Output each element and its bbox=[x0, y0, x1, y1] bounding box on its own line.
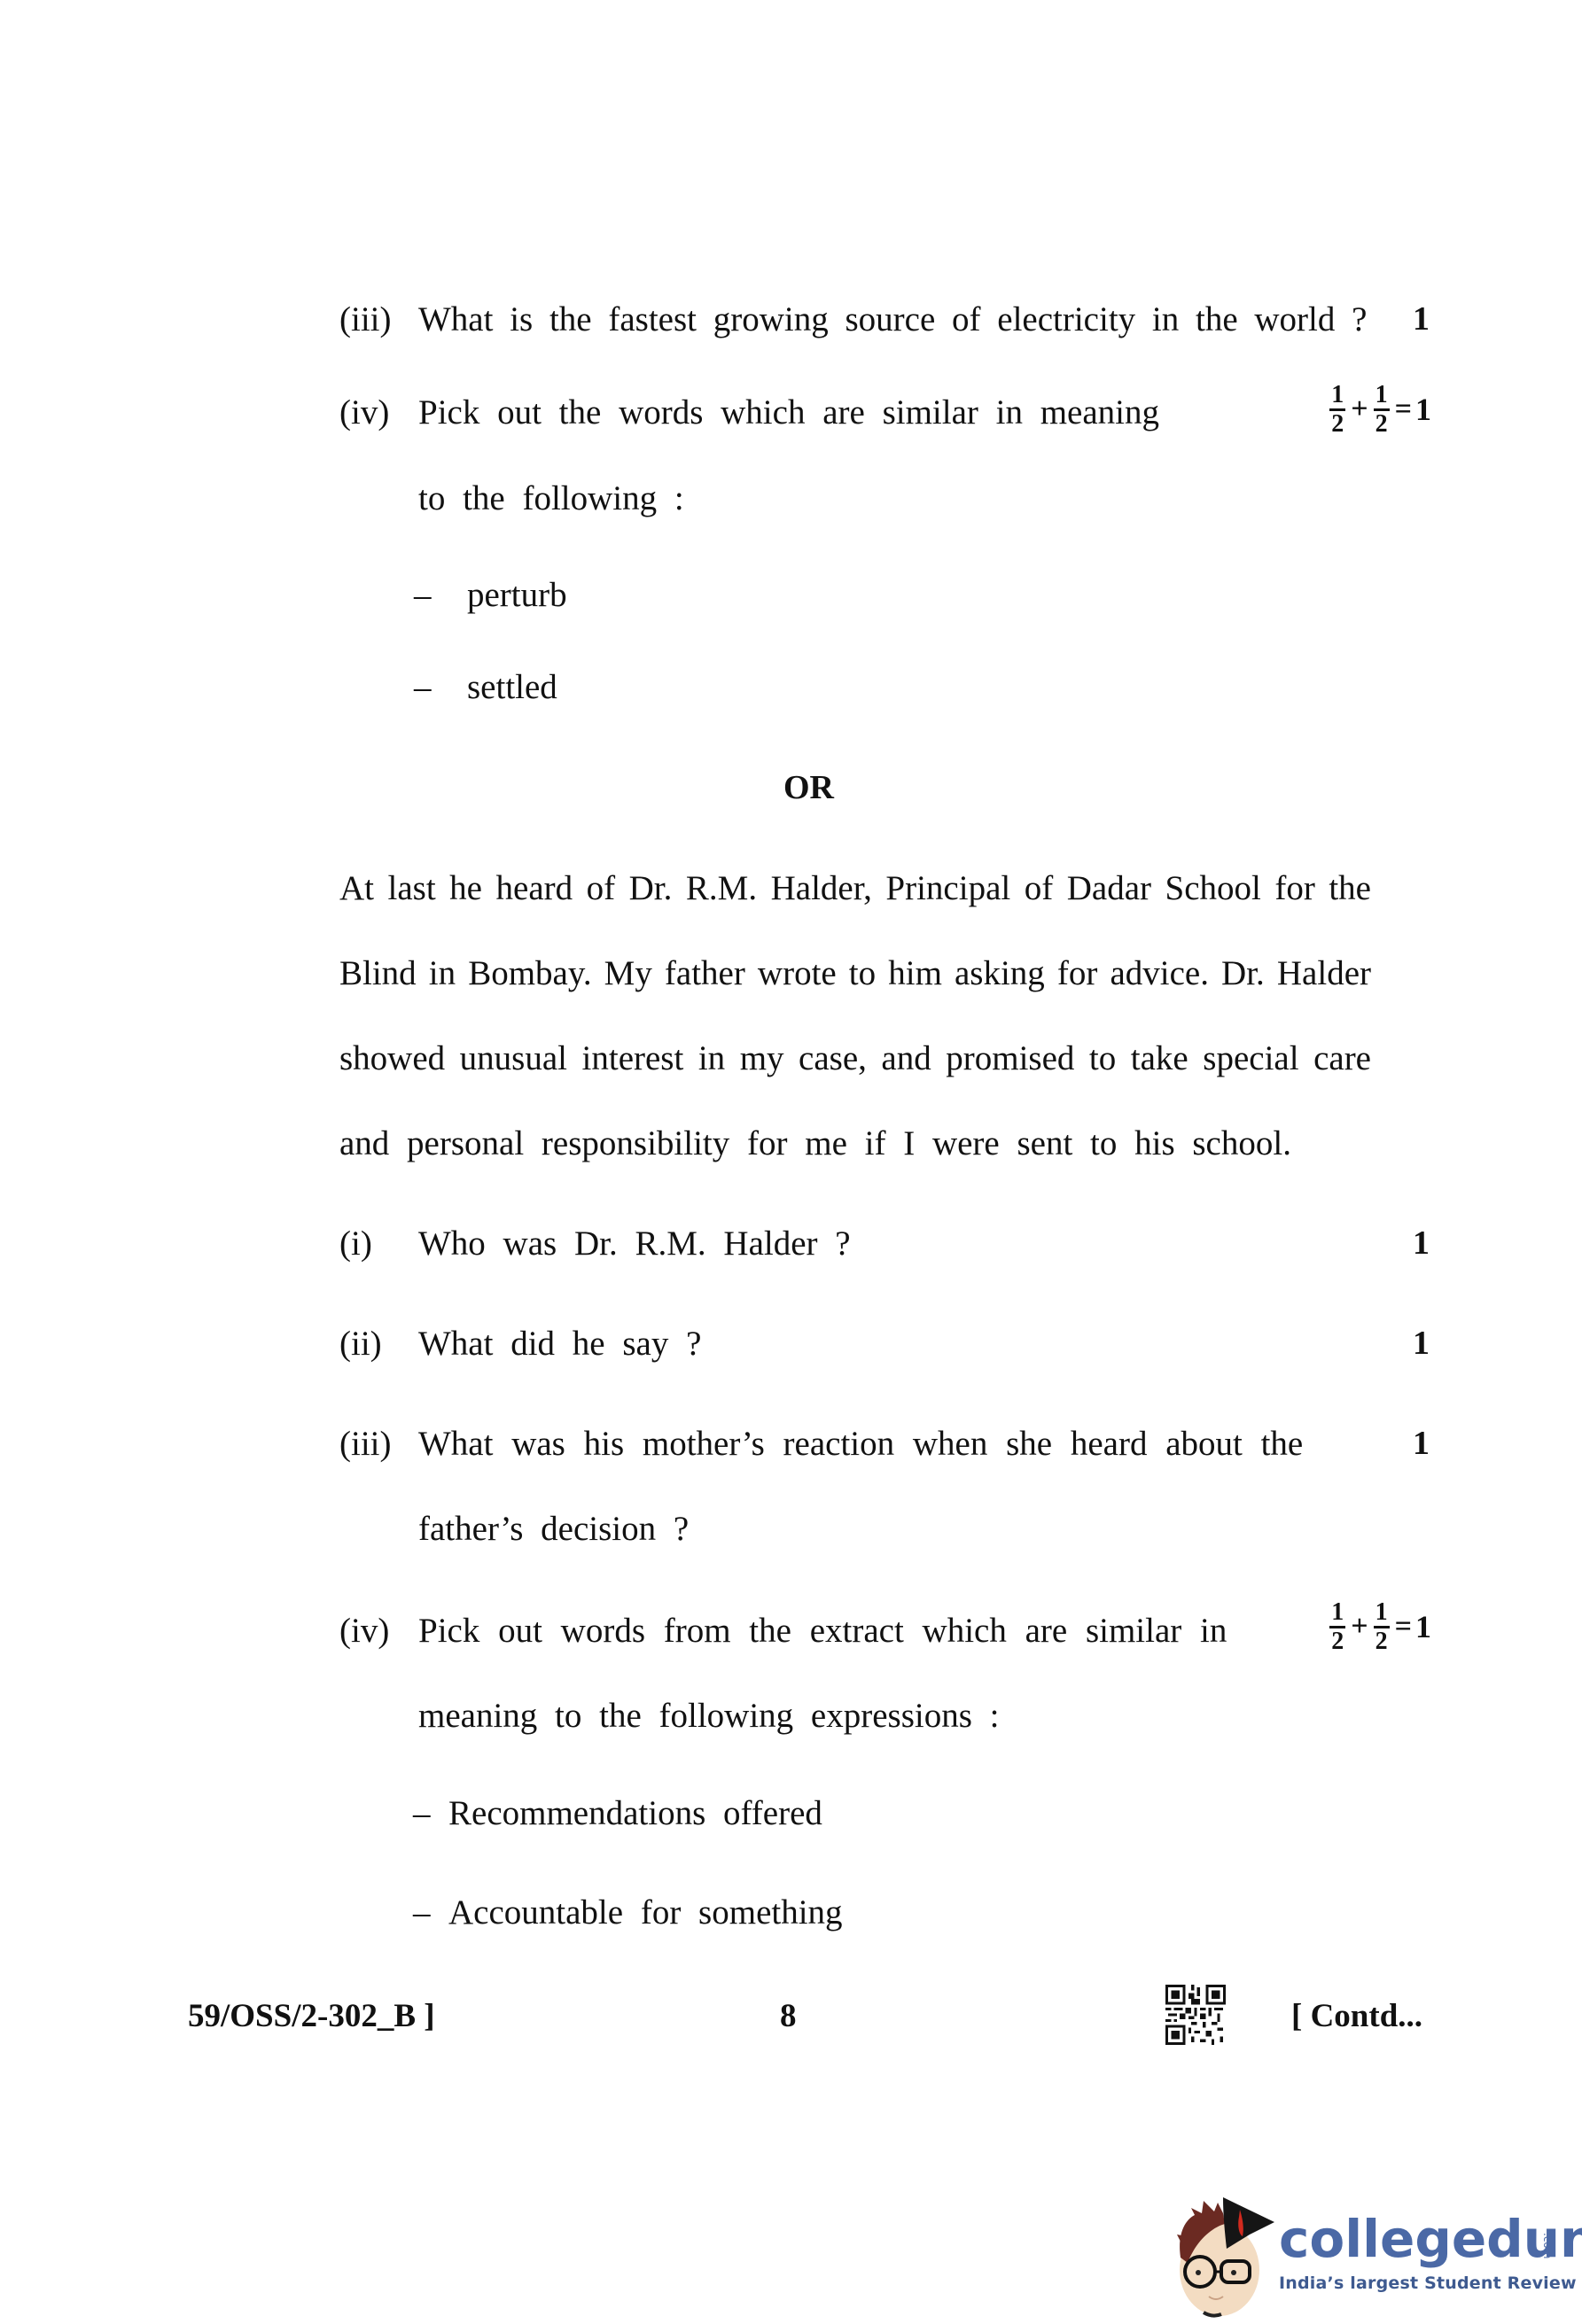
fraction-half: 12 bbox=[1374, 1600, 1390, 1654]
question-text-continued: to the following : bbox=[418, 481, 684, 516]
brand-tagline: India’s largest Student Review Platform bbox=[1279, 2275, 1582, 2292]
question-number: (i) bbox=[339, 1226, 372, 1261]
question-marks-fraction: 12 + 12 = 1 bbox=[1328, 1600, 1431, 1653]
brand-domain-suffix: .com bbox=[1541, 2233, 1554, 2258]
question-marks: 1 bbox=[1413, 1226, 1430, 1260]
list-item-word: perturb bbox=[467, 578, 567, 612]
question-text: Pick out words from the extract which ar… bbox=[418, 1613, 1227, 1648]
question-text-continued: meaning to the following expressions : bbox=[418, 1698, 1000, 1733]
fraction-half: 12 bbox=[1329, 1600, 1345, 1654]
passage-line: At last he heard of Dr. R.M. Halder, Pri… bbox=[339, 871, 1371, 906]
qr-code-icon bbox=[1165, 1985, 1226, 2045]
paper-code: 59/OSS/2-302_B ] bbox=[188, 2000, 435, 2033]
page-number: 8 bbox=[780, 2000, 797, 2033]
question-marks: 1 bbox=[1413, 1426, 1430, 1460]
question-text: Who was Dr. R.M. Halder ? bbox=[418, 1226, 851, 1261]
question-text: What did he say ? bbox=[418, 1326, 701, 1361]
brand-wordmark: collegedunia bbox=[1279, 2213, 1582, 2265]
list-dash: – bbox=[414, 670, 432, 704]
or-separator: OR bbox=[0, 771, 1582, 804]
question-text-continued: father’s decision ? bbox=[418, 1512, 689, 1546]
question-text: What is the fastest growing source of el… bbox=[418, 302, 1367, 337]
question-text: Pick out the words which are similar in … bbox=[418, 395, 1159, 430]
question-marks-fraction: 12 + 12 = 1 bbox=[1328, 383, 1431, 436]
list-item-word: Accountable for something bbox=[448, 1895, 843, 1930]
list-dash: – bbox=[414, 578, 432, 612]
question-marks: 1 bbox=[1413, 1326, 1430, 1360]
fraction-half: 12 bbox=[1374, 383, 1390, 437]
fraction-half: 12 bbox=[1329, 383, 1345, 437]
question-number: (ii) bbox=[339, 1326, 382, 1361]
list-dash: – bbox=[413, 1796, 431, 1830]
passage-line: Blind in Bombay. My father wrote to him … bbox=[339, 956, 1371, 991]
list-item-word: settled bbox=[467, 670, 557, 704]
question-number: (iii) bbox=[339, 1426, 391, 1461]
passage-line: and personal responsibility for me if I … bbox=[339, 1126, 1371, 1161]
question-marks: 1 bbox=[1413, 302, 1430, 336]
list-dash: – bbox=[413, 1895, 431, 1930]
question-number: (iv) bbox=[339, 1613, 389, 1648]
continued-label: [ Contd... bbox=[1291, 2000, 1422, 2033]
passage-line: showed unusual interest in my case, and … bbox=[339, 1041, 1371, 1076]
question-text: What was his mother’s reaction when she … bbox=[418, 1426, 1303, 1461]
question-number: (iii) bbox=[339, 302, 391, 337]
question-number: (iv) bbox=[339, 395, 389, 430]
list-item-word: Recommendations offered bbox=[448, 1796, 822, 1830]
